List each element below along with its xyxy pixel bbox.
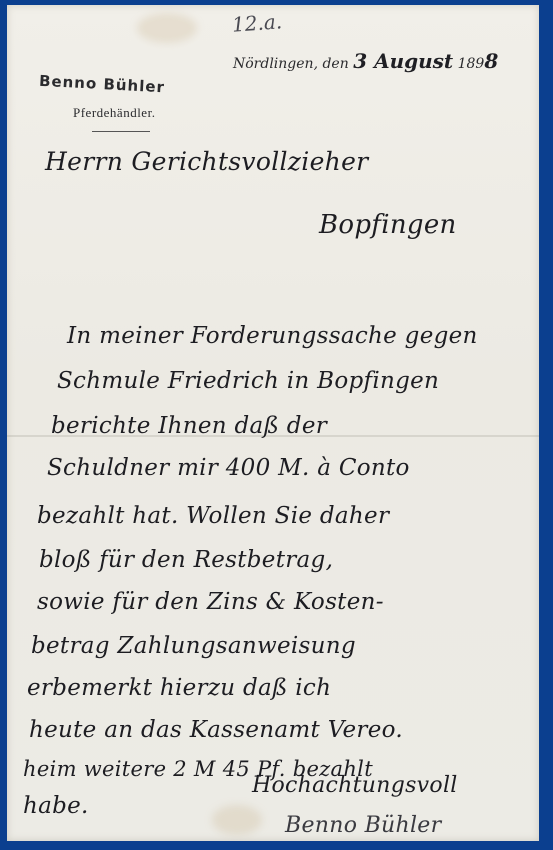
- body-line: betrag Zahlungsanweisung: [31, 633, 356, 659]
- letterhead-name: Benno Bühler: [39, 72, 166, 97]
- body-line: In meiner Forderungssache gegen: [67, 323, 478, 349]
- body-line: Schmule Friedrich in Bopfingen: [57, 368, 439, 394]
- body-line: habe.: [23, 793, 89, 819]
- letter-paper: 12.a. Benno Bühler Pferdehändler. Nördli…: [7, 5, 539, 841]
- paper-stain: [212, 805, 262, 835]
- addressee-line-2: Bopfingen: [319, 210, 457, 240]
- place-prefix: Nördlingen, den: [233, 56, 349, 72]
- body-line: Schuldner mir 400 M. à Conto: [47, 455, 410, 481]
- body-line: erbemerkt hierzu daß ich: [27, 675, 331, 701]
- body-line: sowie für den Zins & Kosten-: [37, 589, 384, 615]
- letterhead-divider: [92, 131, 150, 132]
- year-digit: 8: [484, 49, 498, 73]
- year-prefix: 189: [458, 56, 485, 72]
- body-line: bezahlt hat. Wollen Sie daher: [37, 503, 389, 529]
- body-line: heute an das Kassenamt Vereo.: [29, 717, 403, 743]
- body-line: berichte Ihnen daß der: [51, 413, 327, 439]
- signature: Benno Bühler: [285, 813, 441, 838]
- addressee-line-1: Herrn Gerichtsvollzieher: [45, 147, 368, 176]
- archive-number: 12.a.: [231, 9, 283, 36]
- closing-phrase: Hochachtungsvoll: [252, 773, 458, 798]
- body-line: bloß für den Restbetrag,: [39, 547, 333, 573]
- handwritten-date: 3 August: [353, 49, 453, 73]
- place-date-line: Nördlingen, den 3 August 1898: [233, 49, 498, 73]
- paper-stain: [137, 13, 197, 43]
- letterhead-trade: Pferdehändler.: [73, 105, 155, 121]
